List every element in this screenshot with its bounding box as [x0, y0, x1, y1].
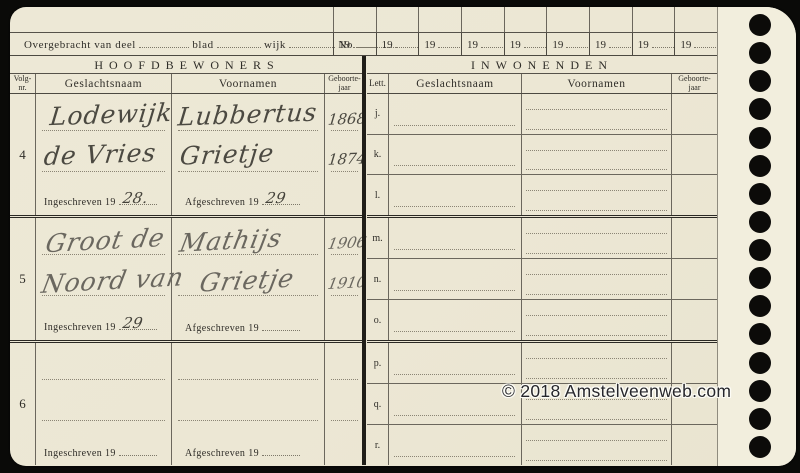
top-grid-row: [10, 7, 717, 33]
geslachtsnaam-cell: [389, 175, 522, 215]
write-line: [178, 171, 318, 172]
binder-hole-icon: [749, 127, 771, 149]
write-line: [526, 190, 667, 191]
col-header-geboortejaar: Geboorte-jaar: [672, 74, 717, 93]
geslachtsnaam-cell: Lodewijk de Vries Ingeschreven 1928.: [36, 94, 172, 215]
geslachtsnaam-cell: [389, 94, 522, 134]
write-line: [526, 210, 667, 211]
top-grid-cell: [333, 7, 376, 32]
write-line: [526, 109, 667, 110]
register-card: Overgebracht van deel blad wijk No 19 19…: [10, 7, 796, 466]
write-line: [526, 169, 667, 170]
dotted-leader: [481, 38, 504, 48]
lett-label: n.: [367, 259, 389, 299]
write-line: [394, 125, 515, 126]
write-line: [526, 378, 667, 379]
ingeschreven-label: Ingeschreven 19: [44, 446, 157, 459]
write-line: [526, 460, 667, 461]
lodger-row: o.: [367, 299, 717, 340]
hoofdbewoners-title: HOOFDBEWONERS: [10, 56, 364, 74]
binder-hole-icon: [749, 70, 771, 92]
lett-label: m.: [367, 218, 389, 258]
binder-hole-icon: [749, 211, 771, 233]
binder-hole-icon: [749, 380, 771, 402]
voornamen-cell: [522, 175, 672, 215]
handwritten-firstname: Mathijs: [177, 223, 285, 258]
lett-label: l.: [367, 175, 389, 215]
handwritten-surname: Lodewijk: [49, 98, 175, 131]
geboortejaar-cell: [325, 343, 364, 465]
binder-hole-icon: [749, 267, 771, 289]
dotted-leader: [524, 38, 547, 48]
inwonenden-table: INWONENDEN Lett. Geslachtsnaam Voornamen…: [367, 56, 717, 465]
year-prefix: 19: [552, 39, 563, 51]
volgnr: 6: [10, 343, 36, 465]
dotted-leader: [566, 38, 589, 48]
handwritten-surname: de Vries: [43, 138, 158, 171]
geslachtsnaam-cell: Ingeschreven 19: [36, 343, 172, 465]
geboortejaar-cell: [672, 218, 717, 258]
write-line: [526, 253, 667, 254]
write-line: [178, 379, 318, 380]
geboortejaar-cell: [672, 135, 717, 175]
voornamen-cell: [522, 343, 672, 383]
dotted-leader: [652, 38, 675, 48]
resident-row: 6 Ingeschreven 19 Afgeschreven 19: [10, 340, 364, 465]
year-prefix: 19: [382, 39, 393, 51]
write-line: [331, 254, 358, 255]
geboortejaar-cell: [672, 94, 717, 134]
handwritten-firstname: Lubbertus: [177, 98, 319, 132]
write-line: [394, 374, 515, 375]
transfer-label-wijk: wijk: [264, 39, 286, 51]
lodger-row: p.: [367, 343, 717, 383]
geslachtsnaam-cell: [389, 259, 522, 299]
binder-hole-icon: [749, 352, 771, 374]
write-line: [526, 233, 667, 234]
write-line: [394, 456, 515, 457]
geslachtsnaam-cell: [389, 218, 522, 258]
write-line: [394, 165, 515, 166]
write-line: [331, 130, 358, 131]
binder-hole-icon: [749, 323, 771, 345]
binder-hole-icon: [749, 14, 771, 36]
dotted-leader: [262, 446, 300, 456]
write-line: [526, 274, 667, 275]
voornamen-cell: [522, 425, 672, 465]
write-line: [526, 419, 667, 420]
year-prefix: 19: [680, 39, 691, 51]
top-grid-cell: [376, 7, 419, 32]
binder-hole-icon: [749, 436, 771, 458]
ingeschreven-label: Ingeschreven 1929: [44, 316, 157, 334]
write-line: [526, 315, 667, 316]
handwritten-surname: Noord van: [39, 262, 187, 299]
col-header-voornamen: Voornamen: [172, 74, 325, 93]
voornamen-cell: [522, 135, 672, 175]
voornamen-cell: [522, 218, 672, 258]
dotted-leader: [438, 38, 461, 48]
lett-label: r.: [367, 425, 389, 465]
lett-label: j.: [367, 94, 389, 134]
write-line: [394, 249, 515, 250]
lodger-row: j.: [367, 94, 717, 134]
write-line: [394, 206, 515, 207]
lodger-row: l.: [367, 174, 717, 215]
top-grid-cell: [674, 7, 717, 32]
col-header-geboortejaar: Geboorte-jaar: [325, 74, 364, 93]
geslachtsnaam-cell: [389, 425, 522, 465]
geboortejaar-cell: [672, 259, 717, 299]
top-grid-lead-cell: [10, 7, 333, 32]
year-prefix: 19: [339, 39, 350, 51]
inwonenden-title: INWONENDEN: [367, 56, 717, 74]
resident-row: 4 Lodewijk de Vries Ingeschreven 1928. L…: [10, 94, 364, 215]
top-grid-cell: [546, 7, 589, 32]
year-cell: 19: [589, 33, 632, 55]
write-line: [331, 379, 358, 380]
write-line: [526, 150, 667, 151]
geboortejaar-cell: [672, 175, 717, 215]
dotted-leader: [289, 38, 335, 48]
afgeschreven-label: Afgeschreven 19: [185, 321, 300, 334]
lodger-row: r.: [367, 424, 717, 465]
dotted-leader: [119, 446, 157, 456]
transfer-row: Overgebracht van deel blad wijk No 19 19…: [10, 33, 717, 56]
write-line: [394, 415, 515, 416]
binder-hole-icon: [749, 155, 771, 177]
write-line: [526, 129, 667, 130]
voornamen-cell: Afgeschreven 19: [172, 343, 325, 465]
year-cell: 19: [504, 33, 547, 55]
year-prefix: 19: [510, 39, 521, 51]
geslachtsnaam-cell: [389, 135, 522, 175]
transfer-label-blad: blad: [192, 39, 213, 51]
dotted-leader: [217, 38, 261, 48]
voornamen-cell: [522, 259, 672, 299]
lodger-block: p. q. r.: [367, 340, 717, 465]
ingeschreven-label: Ingeschreven 1928.: [44, 191, 157, 209]
transfer-label-deel: Overgebracht van deel: [24, 39, 136, 51]
afgeschreven-label: Afgeschreven 1929: [185, 191, 300, 209]
handwritten-surname: Groot de: [43, 223, 167, 259]
dotted-leader: [353, 38, 376, 48]
top-grid-cell: [632, 7, 675, 32]
resident-row: 5 Groot de Noord van Ingeschreven 1929 M…: [10, 215, 364, 340]
lett-label: o.: [367, 300, 389, 340]
year-prefix: 19: [595, 39, 606, 51]
binder-hole-icon: [749, 183, 771, 205]
lett-label: k.: [367, 135, 389, 175]
handwritten-firstname: Grietje: [197, 263, 297, 297]
geboortejaar-cell: [672, 343, 717, 383]
copyright-watermark: © 2018 Amstelveenweb.com: [502, 381, 731, 402]
year-cell: 19: [418, 33, 461, 55]
lett-label: p.: [367, 343, 389, 383]
write-line: [42, 420, 165, 421]
year-prefix: 19: [638, 39, 649, 51]
geslachtsnaam-cell: [389, 343, 522, 383]
top-grid-cell: [418, 7, 461, 32]
binder-hole-icon: [749, 239, 771, 261]
binder-hole-icon: [749, 42, 771, 64]
geboortejaar-cell: [672, 425, 717, 465]
year-cell: 19: [674, 33, 717, 55]
geslachtsnaam-cell: Groot de Noord van Ingeschreven 1929: [36, 218, 172, 340]
lett-label: q.: [367, 384, 389, 424]
write-line: [526, 358, 667, 359]
year-cell: 19: [333, 33, 376, 55]
write-line: [331, 420, 358, 421]
year-cell: 19: [632, 33, 675, 55]
lodger-row: m.: [367, 218, 717, 258]
write-line: [526, 294, 667, 295]
top-grid-cell: [504, 7, 547, 32]
top-grid-cell: [589, 7, 632, 32]
year-cell: 19: [376, 33, 419, 55]
lodger-row: k.: [367, 134, 717, 175]
geboortejaar-cell: [672, 300, 717, 340]
voornamen-cell: [522, 94, 672, 134]
write-line: [42, 171, 165, 172]
dotted-leader: [262, 321, 300, 331]
write-line: [394, 331, 515, 332]
col-header-lett: Lett.: [367, 74, 389, 93]
volgnr: 4: [10, 94, 36, 215]
geboortejaar-cell: 1868 1874: [325, 94, 364, 215]
write-line: [331, 295, 358, 296]
lodger-block: j. k. l.: [367, 94, 717, 215]
dotted-leader: [139, 38, 189, 48]
write-line: [394, 290, 515, 291]
binder-hole-icon: [749, 408, 771, 430]
col-header-geslachtsnaam: Geslachtsnaam: [36, 74, 172, 93]
lodger-row: n.: [367, 258, 717, 299]
lodger-block: m. n. o.: [367, 215, 717, 340]
year-prefix: 19: [424, 39, 435, 51]
voornamen-cell: Mathijs Grietje Afgeschreven 19: [172, 218, 325, 340]
voornamen-cell: Lubbertus Grietje Afgeschreven 1929: [172, 94, 325, 215]
afgeschreven-label: Afgeschreven 19: [185, 446, 300, 459]
hoofdbewoners-header: Volg-nr. Geslachtsnaam Voornamen Geboort…: [10, 74, 364, 94]
write-line: [526, 335, 667, 336]
write-line: [178, 420, 318, 421]
dotted-leader: [609, 38, 632, 48]
year-cell: 19: [546, 33, 589, 55]
col-header-geslachtsnaam: Geslachtsnaam: [389, 74, 522, 93]
table-divider: [362, 56, 366, 465]
geboortejaar-cell: 1906 1910: [325, 218, 364, 340]
volgnr: 5: [10, 218, 36, 340]
write-line: [331, 171, 358, 172]
year-cell: 19: [461, 33, 504, 55]
inwonenden-header: Lett. Geslachtsnaam Voornamen Geboorte-j…: [367, 74, 717, 94]
geslachtsnaam-cell: [389, 300, 522, 340]
handwritten-out-year: 29: [264, 189, 267, 207]
col-header-voornamen: Voornamen: [522, 74, 672, 93]
write-line: [42, 379, 165, 380]
binder-hole-icon: [749, 295, 771, 317]
top-grid-cell: [461, 7, 504, 32]
dotted-leader: [396, 38, 419, 48]
dotted-leader: [694, 38, 717, 48]
binder-hole-icon: [749, 98, 771, 120]
write-line: [526, 440, 667, 441]
voornamen-cell: [522, 300, 672, 340]
year-prefix: 19: [467, 39, 478, 51]
hoofdbewoners-table: HOOFDBEWONERS Volg-nr. Geslachtsnaam Voo…: [10, 56, 364, 465]
transfer-label: Overgebracht van deel blad wijk No: [10, 33, 333, 55]
col-header-volgnr: Volg-nr.: [10, 74, 36, 93]
handwritten-firstname: Grietje: [178, 138, 275, 170]
